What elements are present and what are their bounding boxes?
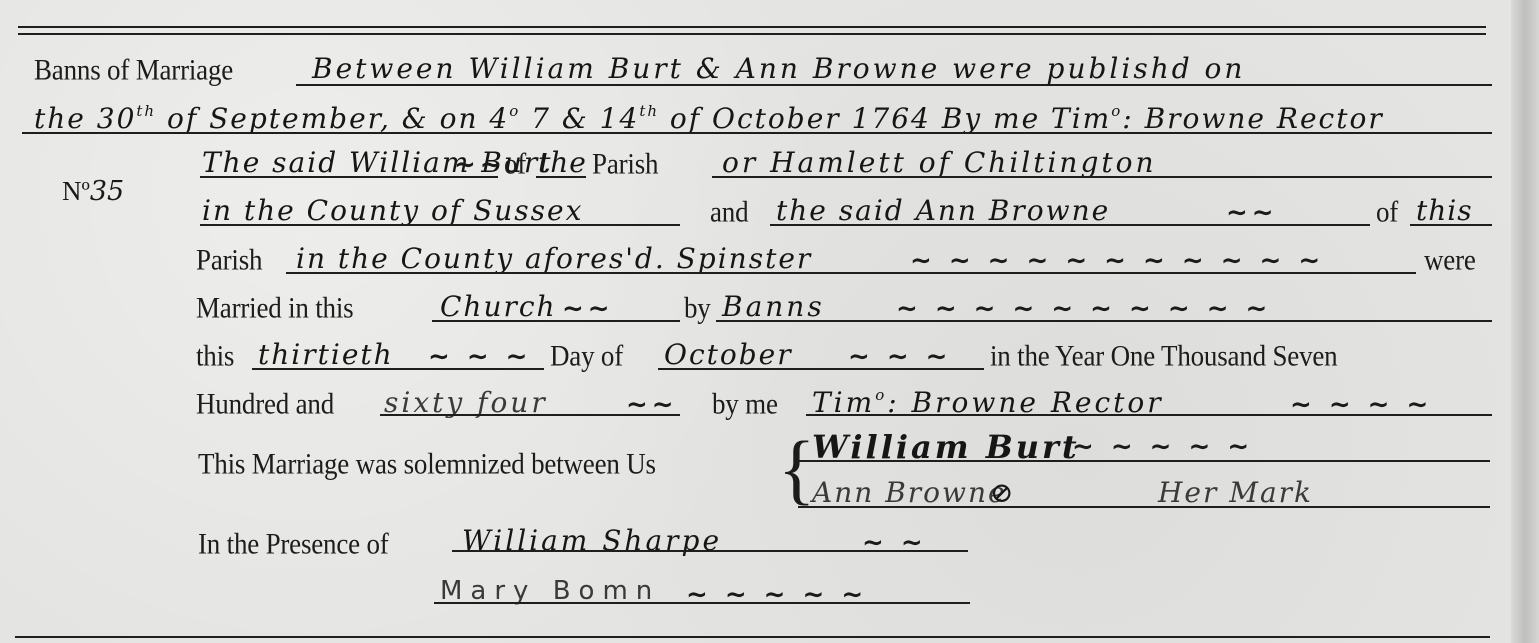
top-double-rule-lower: [18, 33, 1486, 35]
bride-name: the said Ann Browne: [776, 194, 1110, 227]
hundred-and-label: Hundred and: [196, 388, 334, 421]
groom-the-underline: [536, 176, 586, 178]
bride-of-label: of: [1376, 196, 1398, 229]
page-gutter-edge: [1511, 0, 1539, 643]
groom-of-label: of: [504, 148, 526, 181]
marriage-by: Banns: [722, 290, 825, 323]
this-label: this: [196, 340, 234, 373]
groom-county-underline: [200, 224, 680, 226]
groom-parish-underline: [712, 176, 1492, 178]
entry-number: Nº35: [62, 176, 124, 207]
marriage-place: Church: [440, 290, 557, 323]
bottom-rule: [15, 636, 1490, 638]
marriage-place-underline: [432, 320, 680, 322]
groom-name-underline: [200, 176, 498, 178]
year-prefix-label: in the Year One Thousand Seven: [990, 340, 1337, 373]
day-of-label: Day of: [550, 340, 623, 373]
marriage-by-underline: [716, 320, 1492, 322]
banns-text-line2: the 30th of September, & on 4o 7 & 14th …: [34, 102, 1384, 135]
groom-county: in the County of Sussex: [202, 194, 583, 227]
bride-name-underline: [770, 224, 1370, 226]
bride-signature-underline: [798, 506, 1490, 508]
witness-2-underline: [434, 602, 970, 604]
presence-label: In the Presence of: [198, 528, 389, 561]
were-label: were: [1424, 244, 1476, 277]
groom-parish-label: Parish: [592, 148, 658, 181]
register-page: Banns of Marriage Between William Burt &…: [0, 0, 1539, 643]
by-label: by: [684, 292, 711, 325]
married-in-label: Married in this: [196, 292, 353, 325]
witness-1-underline: [452, 550, 968, 552]
bride-this: this: [1416, 194, 1473, 227]
marriage-month: October: [664, 338, 793, 371]
bride-county: in the County afores'd. Spinster: [296, 242, 812, 275]
bride-this-underline: [1410, 224, 1492, 226]
by-me-label: by me: [712, 388, 778, 421]
bride-parish-label: Parish: [196, 244, 262, 277]
top-double-rule-upper: [18, 26, 1486, 28]
banns-line2-underline: [22, 132, 1492, 134]
marriage-month-underline: [658, 368, 984, 370]
and-label: and: [710, 196, 748, 229]
flourish: ∼ ∼ ∼ ∼ ∼: [686, 580, 867, 610]
bride-mark-icon: ⊘: [990, 476, 1014, 509]
flourish: ∼ ∼: [862, 528, 927, 558]
marriage-year-underline: [380, 414, 680, 416]
groom-signature-underline: [798, 460, 1490, 462]
banns-label: Banns of Marriage: [34, 54, 233, 87]
bride-parish-underline: [286, 272, 1416, 274]
her-mark-note: Her Mark: [1158, 476, 1313, 509]
groom-parish: or Hamlett of Chiltington: [722, 146, 1157, 179]
marriage-day-underline: [252, 368, 544, 370]
marriage-day: thirtieth: [258, 338, 394, 371]
bride-signature: Ann Browne: [812, 476, 1007, 509]
groom-the: the: [538, 146, 587, 179]
witness-1: William Sharpe: [462, 524, 722, 557]
banns-text-line1: Between William Burt & Ann Browne were p…: [312, 52, 1245, 85]
banns-line1-underline: [296, 84, 1492, 86]
flourish: ∼ ∼ ∼ ∼ ∼: [1072, 432, 1253, 462]
signature-brace: {: [778, 430, 815, 508]
officiant-underline: [806, 414, 1492, 416]
solemnized-label: This Marriage was solemnized between Us: [198, 448, 656, 481]
